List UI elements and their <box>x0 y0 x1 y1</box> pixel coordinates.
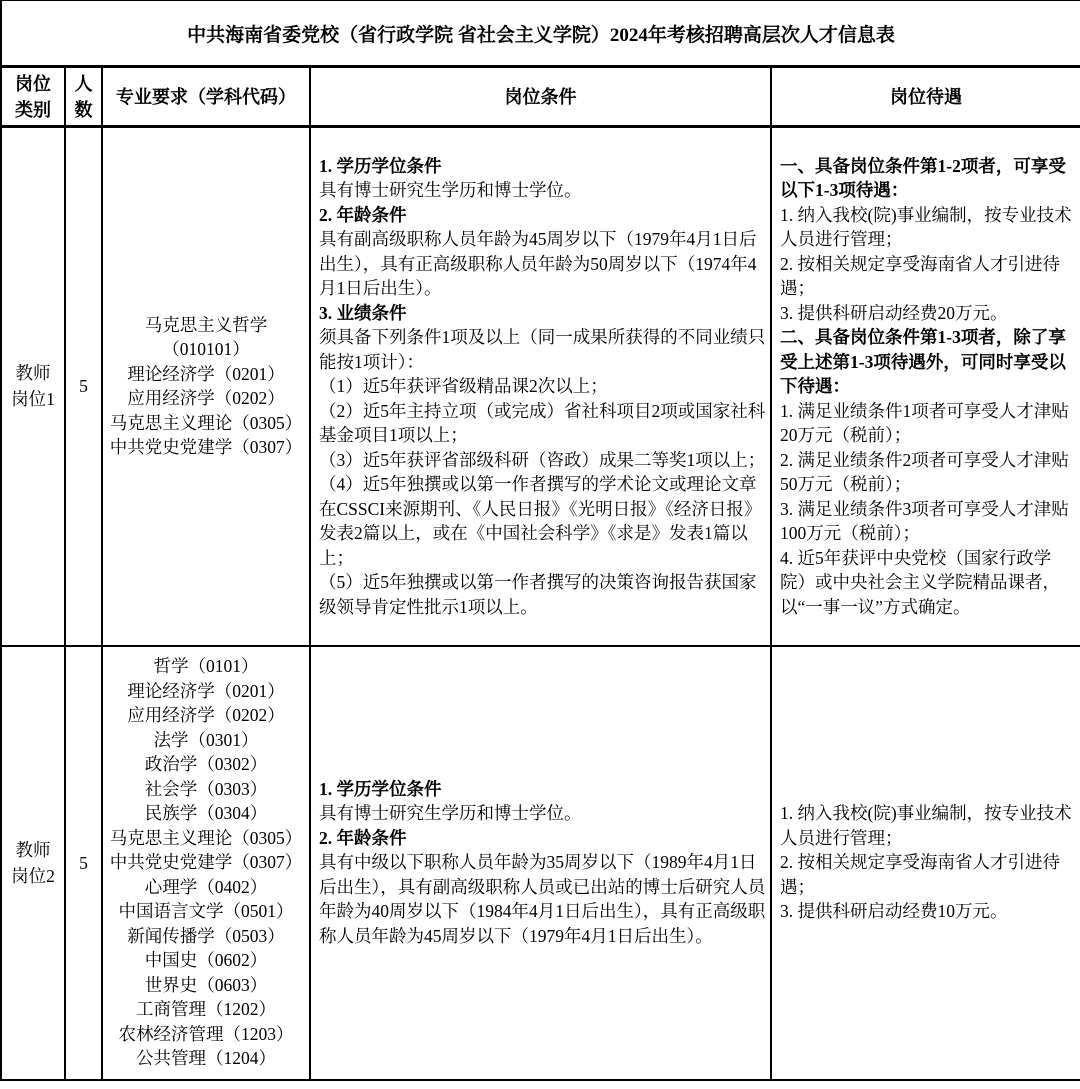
condition-paragraph: 具有博士研究生学历和博士学位。 <box>319 178 766 203</box>
major-item: 马克思主义理论（0305） <box>105 411 307 436</box>
condition-paragraph: 1. 学历学位条件 <box>319 154 766 179</box>
benefit-paragraph: 一、具备岗位条件第1-2项者，可享受以下1-3项待遇： <box>780 154 1076 203</box>
column-header-position-type: 岗位 类别 <box>1 67 65 127</box>
benefit-paragraph: 4. 近5年获评中央党校（国家行政学院）或中央社会主义学院精品课者，以“一事一议… <box>780 546 1076 620</box>
condition-paragraph: 2. 年龄条件 <box>319 826 766 851</box>
benefits-cell: 一、具备岗位条件第1-2项者，可享受以下1-3项待遇：1. 纳入我校(院)事业编… <box>771 127 1080 646</box>
headcount-cell: 5 <box>65 127 102 646</box>
major-item: 理论经济学（0201） <box>105 362 307 387</box>
benefits-cell: 1. 纳入我校(院)事业编制，按专业技术人员进行管理；2. 按相关规定享受海南省… <box>771 646 1080 1080</box>
column-header-benefits: 岗位待遇 <box>771 67 1080 127</box>
condition-paragraph: 2. 年龄条件 <box>319 203 766 228</box>
conditions-cell: 1. 学历学位条件具有博士研究生学历和博士学位。2. 年龄条件具有副高级职称人员… <box>310 127 771 646</box>
major-item: 民族学（0304） <box>105 801 307 826</box>
condition-paragraph: 具有中级以下职称人员年龄为35周岁以下（1989年4月1日后出生），具有副高级职… <box>319 850 766 948</box>
position-name-cell: 教师 岗位2 <box>1 646 65 1080</box>
condition-paragraph: （1）近5年获评省级精品课2次以上； <box>319 374 766 399</box>
major-item: 公共管理（1204） <box>105 1046 307 1071</box>
table-row-position-1: 教师 岗位1 5 马克思主义哲学（010101）理论经济学（0201）应用经济学… <box>1 127 1080 646</box>
benefit-paragraph: 3. 提供科研启动经费20万元。 <box>780 301 1076 326</box>
header-row: 岗位 类别 人 数 专业要求（学科代码） 岗位条件 岗位待遇 <box>1 67 1080 127</box>
condition-paragraph: （5）近5年独撰或以第一作者撰写的决策咨询报告获国家级领导肯定性批示1项以上。 <box>319 570 766 619</box>
major-item: 政治学（0302） <box>105 752 307 777</box>
major-item: 工商管理（1202） <box>105 997 307 1022</box>
major-item: 中国史（0602） <box>105 948 307 973</box>
recruitment-info-table: 中共海南省委党校（省行政学院 省社会主义学院）2024年考核招聘高层次人才信息表… <box>0 0 1080 1081</box>
major-item: 马克思主义哲学 <box>105 313 307 338</box>
major-item: （010101） <box>105 337 307 362</box>
benefit-paragraph: 1. 纳入我校(院)事业编制，按专业技术人员进行管理； <box>780 801 1076 850</box>
major-item: 中共党史党建学（0307） <box>105 435 307 460</box>
condition-paragraph: （4）近5年独撰或以第一作者撰写的学术论文或理论文章在CSSCI来源期刊、《人民… <box>319 472 766 570</box>
major-item: 理论经济学（0201） <box>105 679 307 704</box>
condition-paragraph: （3）近5年获评省部级科研（咨政）成果二等奖1项以上； <box>319 448 766 473</box>
major-item: 世界史（0603） <box>105 973 307 998</box>
column-header-headcount: 人 数 <box>65 67 102 127</box>
conditions-cell: 1. 学历学位条件具有博士研究生学历和博士学位。2. 年龄条件具有中级以下职称人… <box>310 646 771 1080</box>
conditions-list: 1. 学历学位条件具有博士研究生学历和博士学位。2. 年龄条件具有中级以下职称人… <box>319 777 766 949</box>
benefit-paragraph: 2. 满足业绩条件2项者可享受人才津贴50万元（税前）； <box>780 448 1076 497</box>
majors-cell: 哲学（0101）理论经济学（0201）应用经济学（0202）法学（0301）政治… <box>102 646 310 1080</box>
benefit-paragraph: 二、具备岗位条件第1-3项者，除了享受上述第1-3项待遇外，可同时享受以下待遇： <box>780 325 1076 399</box>
conditions-list: 1. 学历学位条件具有博士研究生学历和博士学位。2. 年龄条件具有副高级职称人员… <box>319 154 766 620</box>
title-row: 中共海南省委党校（省行政学院 省社会主义学院）2024年考核招聘高层次人才信息表 <box>1 1 1080 67</box>
major-item: 中共党史党建学（0307） <box>105 850 307 875</box>
major-item: 应用经济学（0202） <box>105 386 307 411</box>
column-header-conditions: 岗位条件 <box>310 67 771 127</box>
major-item: 马克思主义理论（0305） <box>105 826 307 851</box>
benefits-list: 1. 纳入我校(院)事业编制，按专业技术人员进行管理；2. 按相关规定享受海南省… <box>780 801 1076 924</box>
table-title: 中共海南省委党校（省行政学院 省社会主义学院）2024年考核招聘高层次人才信息表 <box>1 1 1080 67</box>
benefit-paragraph: 2. 按相关规定享受海南省人才引进待遇； <box>780 850 1076 899</box>
benefit-paragraph: 1. 满足业绩条件1项者可享受人才津贴20万元（税前）； <box>780 399 1076 448</box>
column-header-majors: 专业要求（学科代码） <box>102 67 310 127</box>
condition-paragraph: 具有副高级职称人员年龄为45周岁以下（1979年4月1日后出生），具有正高级职称… <box>319 227 766 301</box>
condition-paragraph: 具有博士研究生学历和博士学位。 <box>319 801 766 826</box>
major-item: 哲学（0101） <box>105 654 307 679</box>
headcount-cell: 5 <box>65 646 102 1080</box>
major-item: 中国语言文学（0501） <box>105 899 307 924</box>
majors-cell: 马克思主义哲学（010101）理论经济学（0201）应用经济学（0202）马克思… <box>102 127 310 646</box>
major-item: 心理学（0402） <box>105 875 307 900</box>
major-item: 法学（0301） <box>105 728 307 753</box>
benefits-list: 一、具备岗位条件第1-2项者，可享受以下1-3项待遇：1. 纳入我校(院)事业编… <box>780 154 1076 620</box>
condition-paragraph: 须具备下列条件1项及以上（同一成果所获得的不同业绩只能按1项计）： <box>319 325 766 374</box>
majors-list: 马克思主义哲学（010101）理论经济学（0201）应用经济学（0202）马克思… <box>105 313 307 460</box>
major-item: 新闻传播学（0503） <box>105 924 307 949</box>
condition-paragraph: （2）近5年主持立项（或完成）省社科项目2项或国家社科基金项目1项以上； <box>319 399 766 448</box>
benefit-paragraph: 2. 按相关规定享受海南省人才引进待遇； <box>780 252 1076 301</box>
majors-list: 哲学（0101）理论经济学（0201）应用经济学（0202）法学（0301）政治… <box>105 654 307 1071</box>
benefit-paragraph: 3. 提供科研启动经费10万元。 <box>780 899 1076 924</box>
position-name-cell: 教师 岗位1 <box>1 127 65 646</box>
condition-paragraph: 1. 学历学位条件 <box>319 777 766 802</box>
document-sheet: 中共海南省委党校（省行政学院 省社会主义学院）2024年考核招聘高层次人才信息表… <box>0 0 1080 1089</box>
major-item: 社会学（0303） <box>105 777 307 802</box>
benefit-paragraph: 1. 纳入我校(院)事业编制，按专业技术人员进行管理； <box>780 203 1076 252</box>
major-item: 农林经济管理（1203） <box>105 1022 307 1047</box>
benefit-paragraph: 3. 满足业绩条件3项者可享受人才津贴100万元（税前）； <box>780 497 1076 546</box>
major-item: 应用经济学（0202） <box>105 703 307 728</box>
table-row-position-2: 教师 岗位2 5 哲学（0101）理论经济学（0201）应用经济学（0202）法… <box>1 646 1080 1080</box>
condition-paragraph: 3. 业绩条件 <box>319 301 766 326</box>
